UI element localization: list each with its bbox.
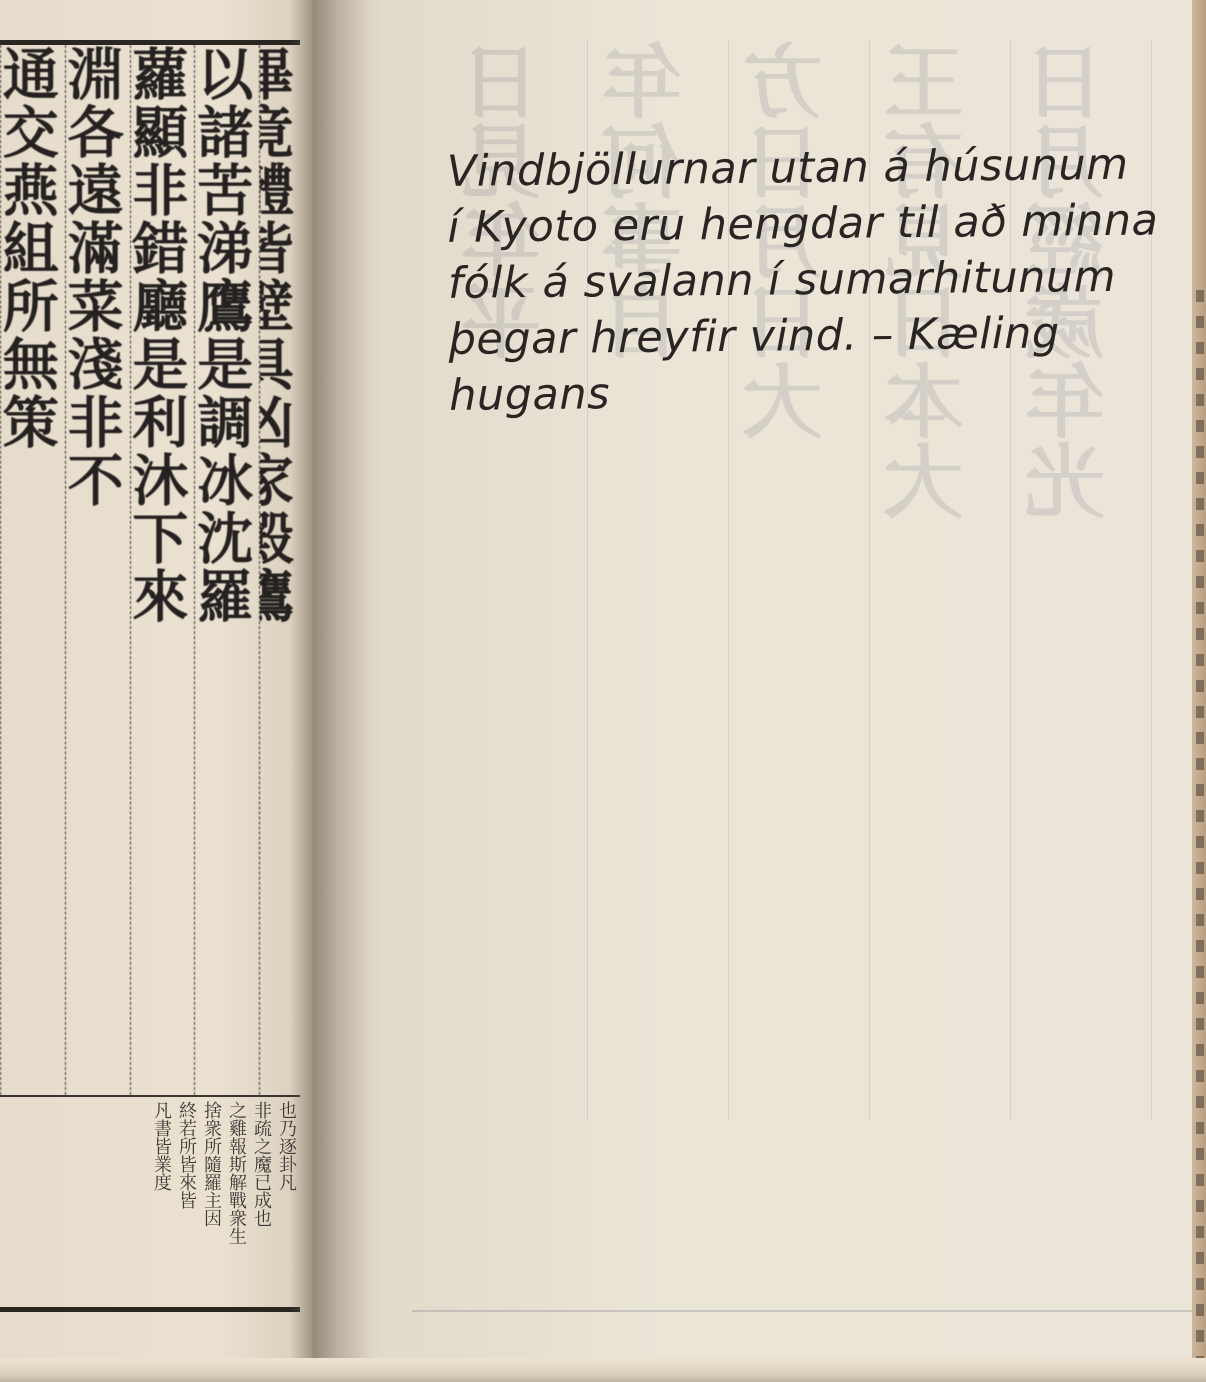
text-column: 蘿顯非錯廳是利沐下來 <box>130 45 193 1095</box>
handwritten-line: hugans <box>449 360 1190 424</box>
commentary-column: 捨衆所隨羅主因 <box>200 1101 222 1301</box>
book-spine-shadow <box>290 0 370 1382</box>
commentary-column: 凡書皆業度 <box>150 1101 172 1301</box>
commentary-column: 非疏之魔已成也 <box>250 1101 272 1301</box>
text-column: 以諸苦涕鷹是調冰沈羅 <box>194 45 257 1095</box>
bleed-bottom-rule <box>412 1310 1192 1312</box>
text-column: 通交燕組所無策 <box>0 45 63 1095</box>
commentary-divider <box>0 1095 300 1097</box>
next-page-print-edge <box>1196 290 1204 1382</box>
text-column: 淵各遠滿菜淺非不 <box>65 45 128 1095</box>
handwritten-line: í Kyoto eru hengdar til að minna <box>447 192 1188 256</box>
handwritten-line: fólk á svalann í sumarhitunum <box>448 248 1189 312</box>
book-bottom-edge <box>0 1358 1206 1382</box>
commentary-column: 終若所皆來皆 <box>175 1101 197 1301</box>
handwritten-note: Vindbjöllurnar utan á húsunum í Kyoto er… <box>447 136 1190 424</box>
print-frame: 畢竟體皆壁具凶家殿鷹 以諸苦涕鷹是調冰沈羅 蘿顯非錯廳是利沐下來 淵各遠滿菜淺非… <box>0 40 300 1312</box>
handwritten-line: þegar hreyfir vind. – Kæling <box>448 304 1189 368</box>
commentary-block: 也乃逐卦凡 非疏之魔已成也 之雞報斯解戰衆生 捨衆所隨羅主因 終若所皆來皆 凡書… <box>0 1101 300 1301</box>
commentary-column: 之雞報斯解戰衆生 <box>225 1101 247 1301</box>
main-text-block: 畢竟體皆壁具凶家殿鷹 以諸苦涕鷹是調冰沈羅 蘿顯非錯廳是利沐下來 淵各遠滿菜淺非… <box>0 45 300 1095</box>
handwritten-line: Vindbjöllurnar utan á húsunum <box>447 136 1188 200</box>
left-page-woodblock-print: 畢竟體皆壁具凶家殿鷹 以諸苦涕鷹是調冰沈羅 蘿顯非錯廳是利沐下來 淵各遠滿菜淺非… <box>0 0 312 1382</box>
